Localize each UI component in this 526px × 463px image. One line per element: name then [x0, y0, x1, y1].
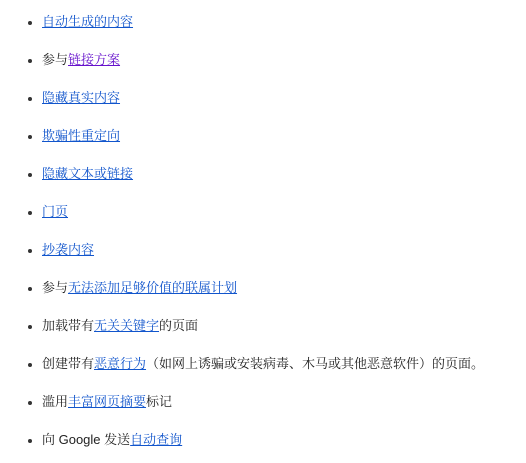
list-item-link[interactable]: 无关关键字 [94, 318, 159, 333]
list-item: 加载带有无关关键字的页面 [42, 318, 516, 334]
list-item-text: 向 Google 发送 [42, 432, 130, 447]
list-item-link[interactable]: 门页 [42, 204, 68, 219]
list-item-link[interactable]: 自动生成的内容 [42, 14, 133, 29]
list-item-text: 加载带有 [42, 318, 94, 333]
list-item: 参与链接方案 [42, 52, 516, 68]
guideline-list: 自动生成的内容参与链接方案隐藏真实内容欺骗性重定向隐藏文本或链接门页抄袭内容参与… [0, 14, 526, 448]
list-item-text: 滥用 [42, 394, 68, 409]
list-item-text: 创建带有 [42, 356, 94, 371]
list-item-text: 参与 [42, 52, 68, 67]
list-item-link[interactable]: 隐藏文本或链接 [42, 166, 133, 181]
list-item: 抄袭内容 [42, 242, 516, 258]
list-item-visited-link[interactable]: 链接方案 [68, 52, 120, 67]
list-item-link[interactable]: 隐藏真实内容 [42, 90, 120, 105]
list-item: 滥用丰富网页摘要标记 [42, 394, 516, 410]
list-item-text: （如网上诱骗或安装病毒、木马或其他恶意软件）的页面。 [146, 356, 484, 371]
list-item-link[interactable]: 欺骗性重定向 [42, 128, 120, 143]
list-item-link[interactable]: 丰富网页摘要 [68, 394, 146, 409]
list-item-link[interactable]: 无法添加足够价值的联属计划 [68, 280, 237, 295]
list-item: 隐藏文本或链接 [42, 166, 516, 182]
list-item: 向 Google 发送自动查询 [42, 432, 516, 448]
list-item-text: 参与 [42, 280, 68, 295]
list-item: 参与无法添加足够价值的联属计划 [42, 280, 516, 296]
list-item: 创建带有恶意行为（如网上诱骗或安装病毒、木马或其他恶意软件）的页面。 [42, 356, 516, 372]
list-item: 隐藏真实内容 [42, 90, 516, 106]
list-item-text: 的页面 [159, 318, 198, 333]
list-item: 自动生成的内容 [42, 14, 516, 30]
list-item: 门页 [42, 204, 516, 220]
list-item: 欺骗性重定向 [42, 128, 516, 144]
list-item-link[interactable]: 抄袭内容 [42, 242, 94, 257]
list-item-text: 标记 [146, 394, 172, 409]
list-item-link[interactable]: 自动查询 [130, 432, 182, 447]
list-item-link[interactable]: 恶意行为 [94, 356, 146, 371]
document-page: 自动生成的内容参与链接方案隐藏真实内容欺骗性重定向隐藏文本或链接门页抄袭内容参与… [0, 0, 526, 463]
